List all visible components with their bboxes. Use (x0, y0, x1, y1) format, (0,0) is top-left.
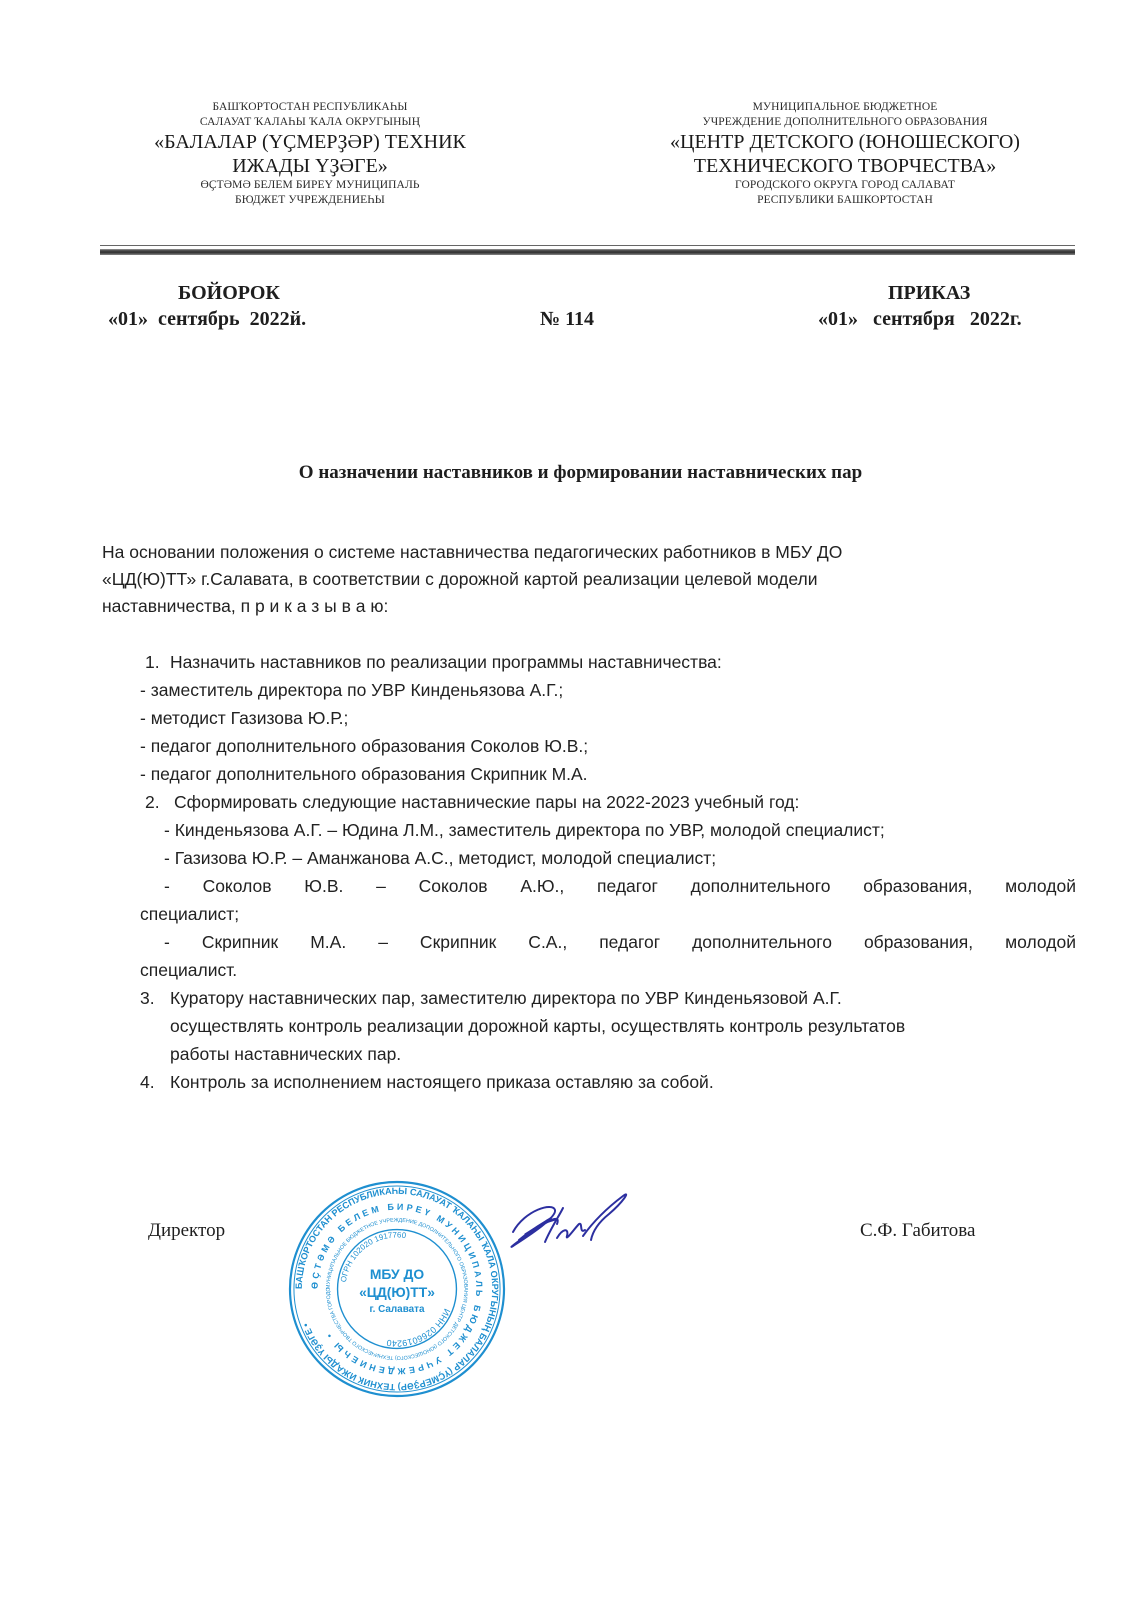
mentor-4: - педагог дополнительного образования Ск… (140, 764, 588, 785)
document-title: О назначении наставников и формировании … (0, 462, 1127, 484)
header-left-bashkir: БАШҠОРТОСТАН РЕСПУБЛИКАҺЫ САЛАУАТ ҠАЛАҺЫ… (110, 100, 510, 208)
pair-3-cont: специалист; (140, 904, 239, 925)
header-left-org-name-1: «БАЛАЛАР (ҮҪМЕРҘӘР) ТЕХНИК (110, 130, 510, 154)
item-2-number: 2. (145, 792, 160, 813)
item-3-line-2: осуществлять контроль реализации дорожно… (170, 1016, 905, 1037)
preamble-line-1: На основании положения о системе наставн… (102, 542, 842, 563)
header-right-russian: МУНИЦИПАЛЬНОЕ БЮДЖЕТНОЕ УЧРЕЖДЕНИЕ ДОПОЛ… (615, 100, 1075, 208)
official-stamp-icon: БАШҠОРТОСТАН РЕСПУБЛИКАҺЫ САЛАУАТ ҠАЛАҺЫ… (288, 1180, 506, 1398)
header-right-line5: ГОРОДСКОГО ОКРУГА ГОРОД САЛАВАТ (615, 178, 1075, 193)
header-left-line6: БЮДЖЕТ УЧРЕЖДЕНИЕҺЫ (110, 193, 510, 208)
stamp-center-line-1: МБУ ДО (370, 1266, 425, 1282)
header-left-org-name-2: ИЖАДЫ ҮҘӘГЕ» (110, 154, 510, 178)
header-right-line6: РЕСПУБЛИКИ БАШКОРТОСТАН (615, 193, 1075, 208)
item-4-number: 4. (140, 1072, 155, 1093)
item-3-line-3: работы наставнических пар. (170, 1044, 401, 1065)
item-3-number: 3. (140, 988, 155, 1009)
item-1-number: 1. (145, 652, 160, 673)
pair-2: - Газизова Ю.Р. – Аманжанова А.С., метод… (164, 848, 716, 869)
order-number: № 114 (540, 308, 594, 331)
pair-3: - Соколов Ю.В. – Соколов А.Ю., педагог д… (164, 876, 1076, 897)
order-date-bashkir: «01» сентябрь 2022й. (108, 308, 306, 331)
header-right-line1: МУНИЦИПАЛЬНОЕ БЮДЖЕТНОЕ (615, 100, 1075, 115)
handwritten-signature-icon (505, 1188, 635, 1258)
signatory-name: С.Ф. Габитова (860, 1220, 975, 1242)
preamble-line-3: наставничества, п р и к а з ы в а ю: (102, 596, 388, 617)
item-4-text: Контроль за исполнением настоящего прика… (170, 1072, 714, 1093)
item-2-text: Сформировать следующие наставнические па… (174, 792, 799, 813)
header-divider-thick (100, 249, 1075, 255)
mentor-3: - педагог дополнительного образования Со… (140, 736, 588, 757)
header-right-org-name-2: ТЕХНИЧЕСКОГО ТВОРЧЕСТВА» (615, 154, 1075, 178)
mentor-1: - заместитель директора по УВР Кинденьяз… (140, 680, 563, 701)
order-title-bashkir: БОЙОРОК (178, 282, 280, 305)
item-3-line-1: Куратору наставнических пар, заместителю… (170, 988, 842, 1009)
mentor-2: - методист Газизова Ю.Р.; (140, 708, 348, 729)
stamp-center-line-3: г. Салавата (370, 1304, 425, 1315)
header-left-line5: ӨҪТӘМӘ БЕЛЕМ БИРЕҮ МУНИЦИПАЛЬ (110, 178, 510, 193)
header-left-line2: САЛАУАТ ҠАЛАҺЫ ҠАЛА ОКРУГЫНЫҢ (110, 115, 510, 130)
order-date-russian: «01» сентября 2022г. (818, 308, 1022, 331)
pair-4-cont: специалист. (140, 960, 237, 981)
pair-1: - Кинденьязова А.Г. – Юдина Л.М., замест… (164, 820, 885, 841)
header-right-org-name-1: «ЦЕНТР ДЕТСКОГО (ЮНОШЕСКОГО) (615, 130, 1075, 154)
pair-4: - Скрипник М.А. – Скрипник С.А., педагог… (164, 932, 1076, 953)
header-left-line1: БАШҠОРТОСТАН РЕСПУБЛИКАҺЫ (110, 100, 510, 115)
order-title-russian: ПРИКАЗ (888, 282, 970, 305)
stamp-center-line-2: «ЦД(Ю)ТТ» (359, 1284, 435, 1300)
signatory-position: Директор (148, 1220, 225, 1242)
item-1-text: Назначить наставников по реализации прог… (170, 652, 722, 673)
header-right-line2: УЧРЕЖДЕНИЕ ДОПОЛНИТЕЛЬНОГО ОБРАЗОВАНИЯ (615, 115, 1075, 130)
preamble-line-2: «ЦД(Ю)ТТ» г.Салавата, в соответствии с д… (102, 569, 818, 590)
header-divider-thin (100, 245, 1075, 246)
